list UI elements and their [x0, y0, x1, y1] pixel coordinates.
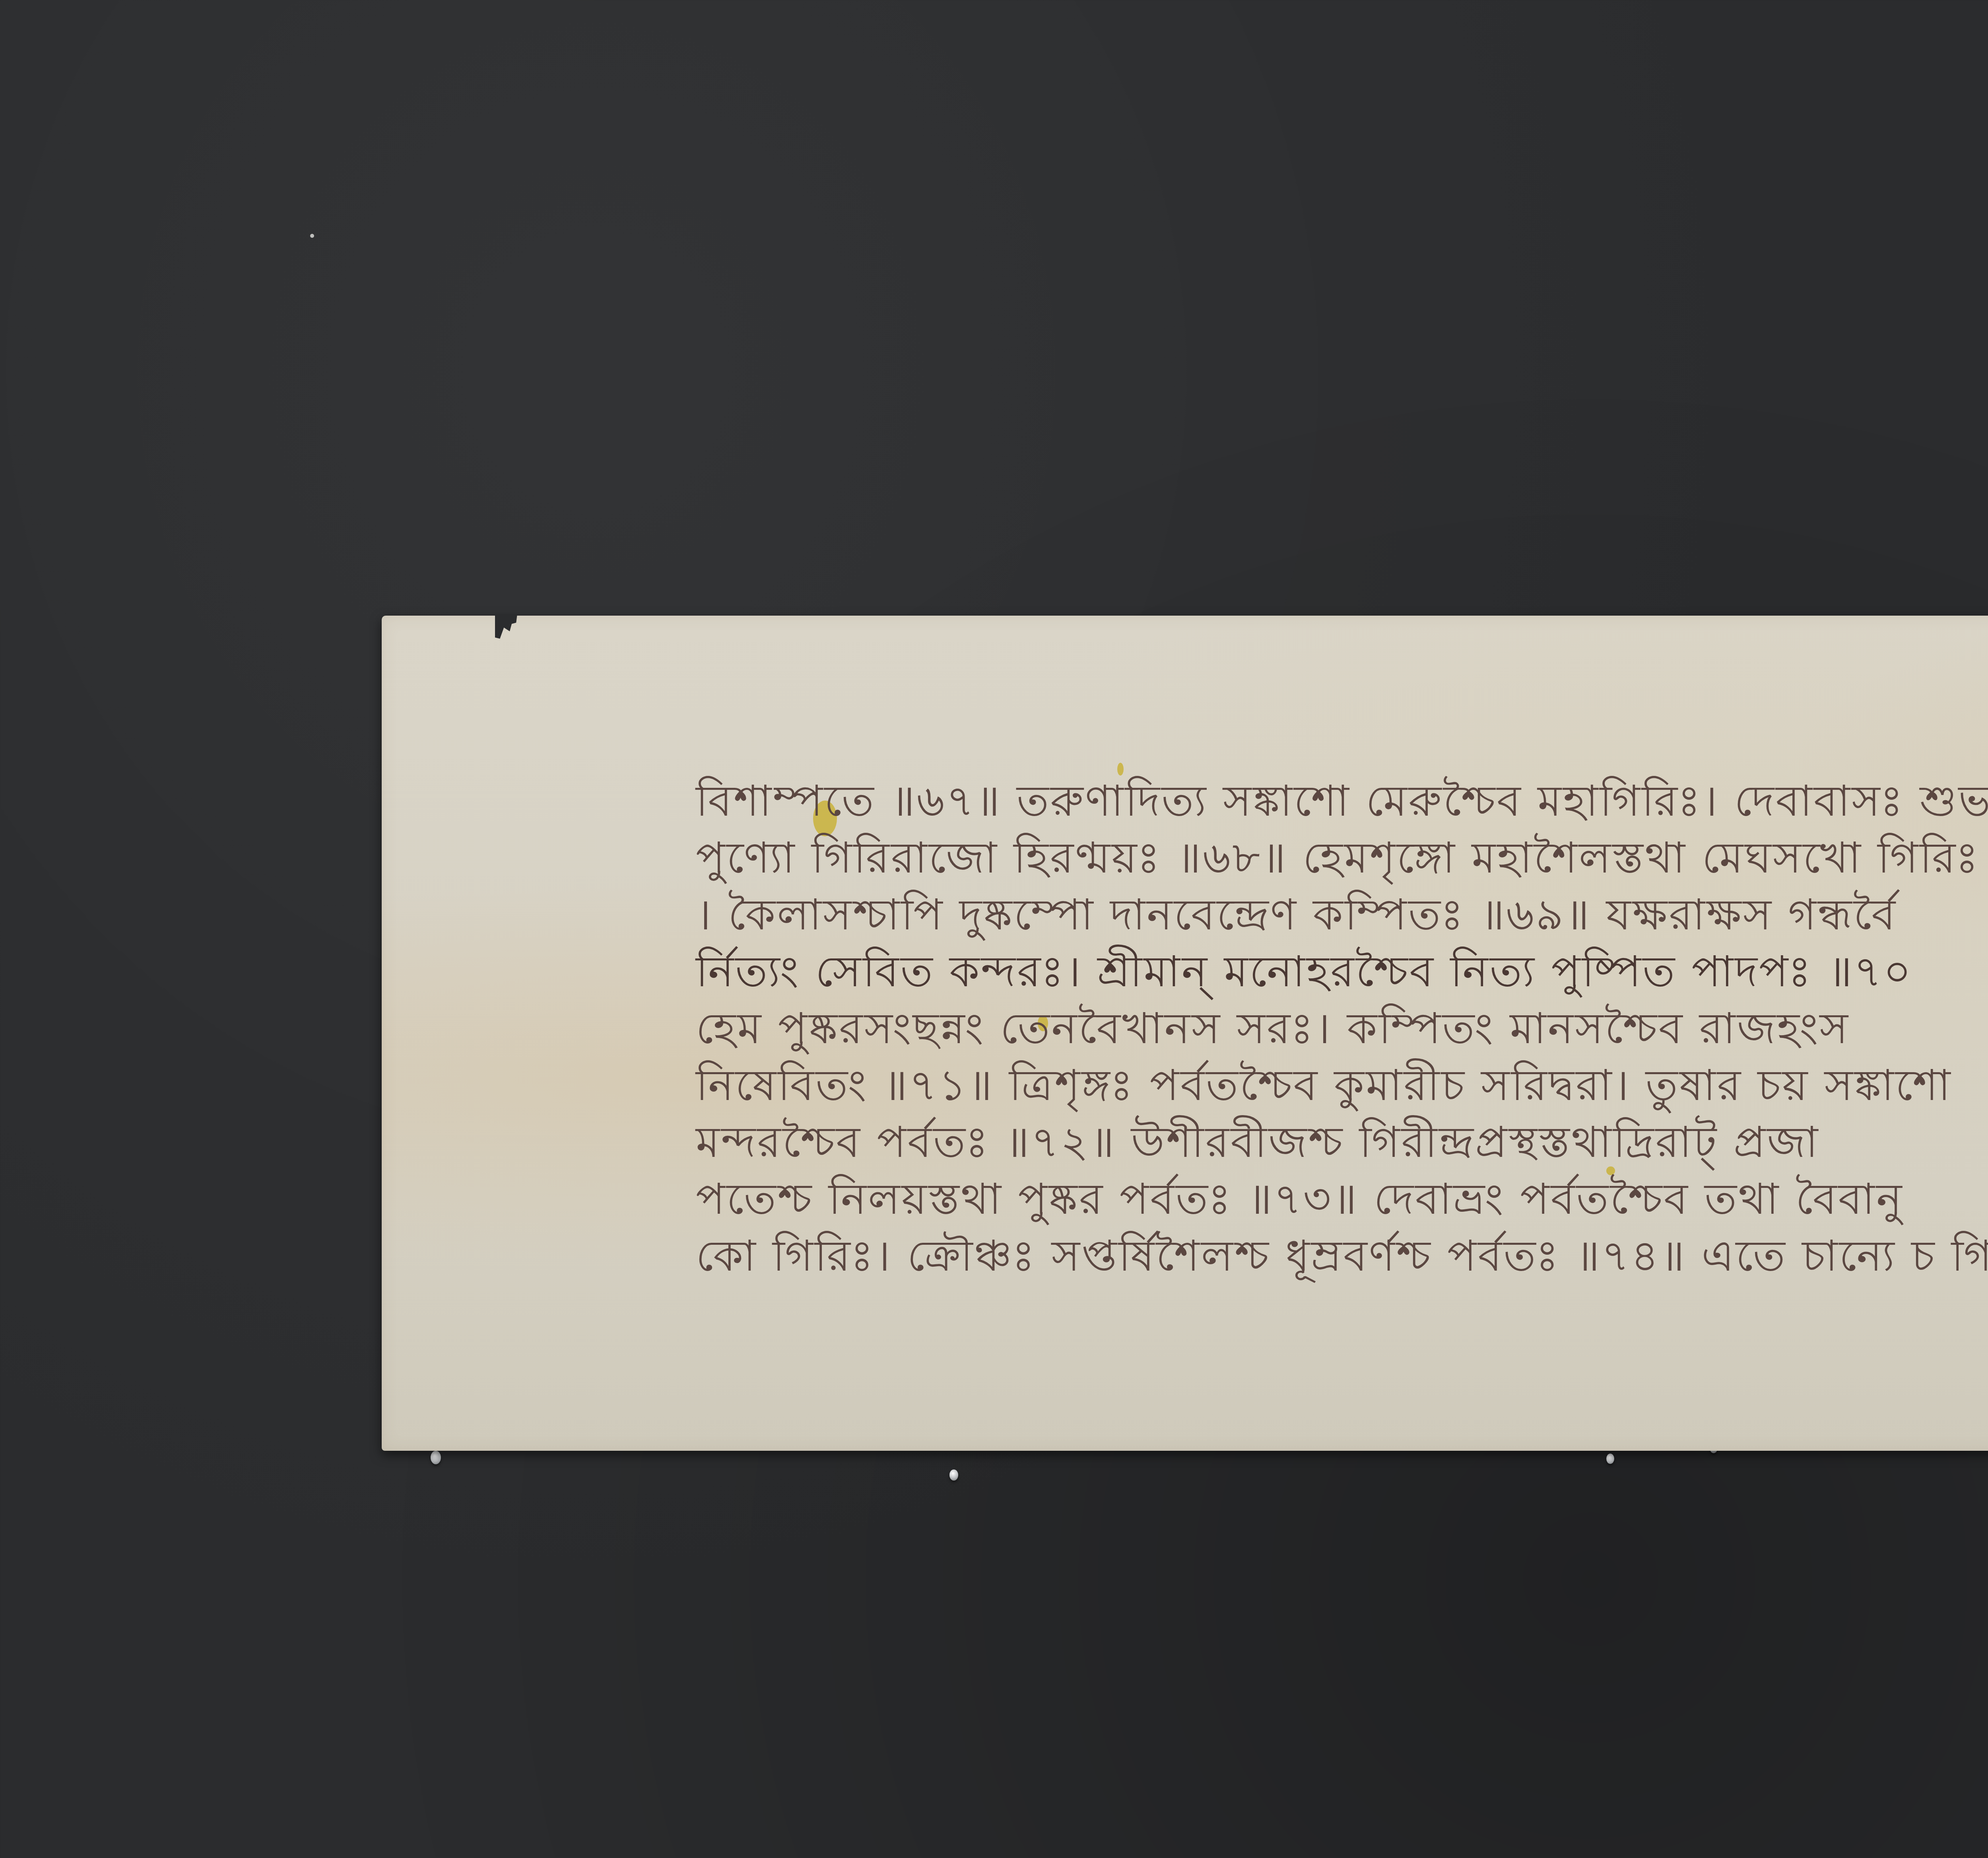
mounting-pin	[949, 1469, 958, 1481]
mounting-pin	[1606, 1454, 1614, 1464]
manuscript-folio: বিশাম্পতে ॥৬৭॥ তরুণাদিত্য সঙ্কাশো মেরুশ্…	[382, 616, 1988, 1451]
manuscript-line-1: বিশাম্পতে ॥৬৭॥ তরুণাদিত্য সঙ্কাশো মেরুশ্…	[696, 773, 1988, 830]
manuscript-text: বিশাম্পতে ॥৬৭॥ তরুণাদিত্য সঙ্কাশো মেরুশ্…	[696, 773, 1988, 1285]
manuscript-line-8: পতেশ্চ নিলয়স্তথা পুষ্কর পর্বতঃ ॥৭৩॥ দেব…	[696, 1171, 1988, 1228]
torn-corner-notch	[495, 614, 517, 639]
manuscript-line-2: পুণ্যো গিরিরাজো হিরণ্ময়ঃ ॥৬৮॥ হেমশৃঙ্গো…	[696, 830, 1988, 886]
mounting-pin	[431, 1451, 441, 1464]
backdrop-speck	[310, 234, 314, 238]
manuscript-line-9: কো গিরিঃ। ক্রৌঞ্চঃ সপ্তর্ষিশৈলশ্চ ধূম্রব…	[696, 1228, 1988, 1285]
manuscript-line-3: । কৈলাসশ্চাপি দুষ্কম্পো দানবেন্দ্রেণ কম্…	[696, 886, 1988, 943]
manuscript-line-6: নিষেবিতং ॥৭১॥ ত্রিশৃঙ্গঃ পর্বতশ্চৈব কুমা…	[696, 1057, 1988, 1114]
manuscript-line-5: হেম পুষ্করসংছন্নং তেনবৈখানস সরঃ। কম্পিতং…	[696, 1000, 1988, 1057]
manuscript-line-4: র্নিত্যং সেবিত কন্দরঃ। শ্রীমান্ মনোহরশ্চ…	[696, 943, 1988, 1000]
manuscript-line-7: মন্দরশ্চৈব পর্বতঃ ॥৭২॥ উশীরবীজশ্চ গিরীন্…	[696, 1114, 1988, 1171]
